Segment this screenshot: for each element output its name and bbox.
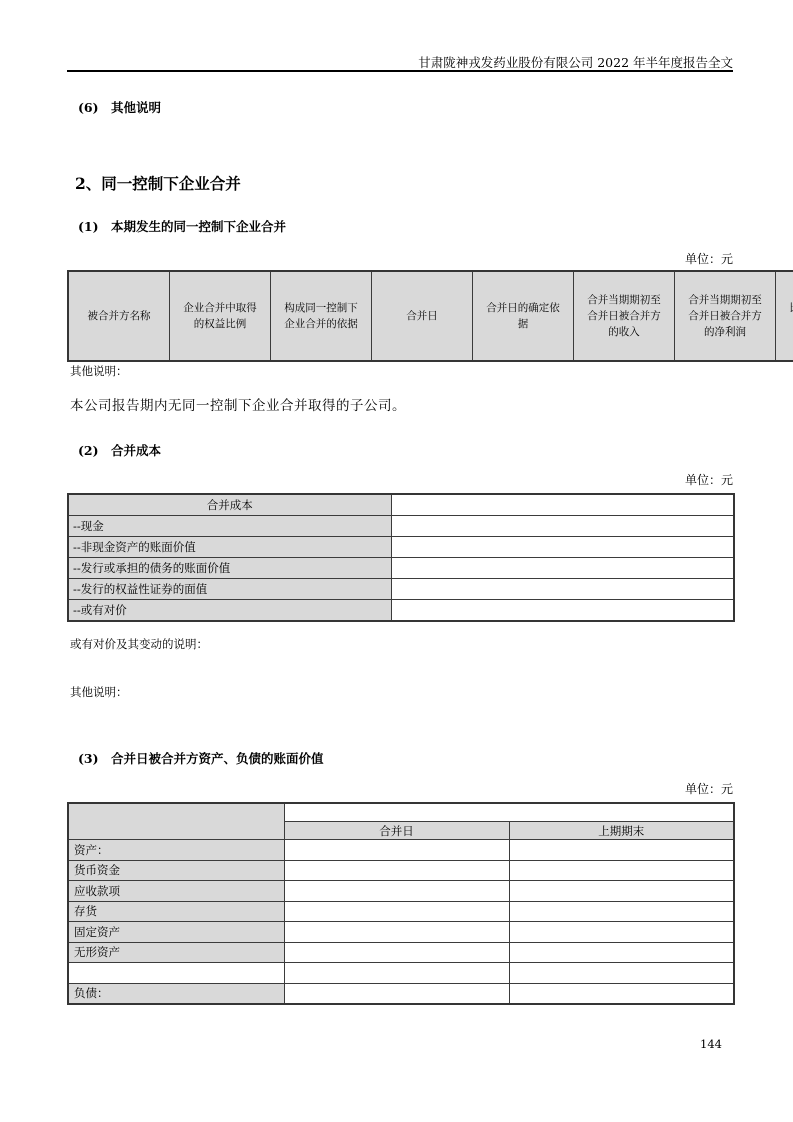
book-value-row: 应收款项: [68, 881, 734, 902]
merger-header-cell: 构成同一控制下企业合并的依据: [271, 271, 372, 361]
heading-book-value: (3) 合并日被合并方资产、负债的账面价值: [78, 749, 324, 767]
book-value-col-header: 合并日: [284, 822, 509, 840]
other-note-label: 其他说明：: [70, 363, 128, 379]
heading-other-notes-6: (6) 其他说明: [78, 98, 161, 116]
book-value-row: 存货: [68, 901, 734, 922]
page-header-title: 甘肃陇神戎发药业股份有限公司 2022 年半年度报告全文: [67, 53, 733, 71]
book-value-row-label: 存货: [68, 901, 284, 922]
book-value-row: 无形资产: [68, 942, 734, 963]
book-value-cell: [284, 963, 509, 984]
book-value-row-label: 资产：: [68, 840, 284, 861]
page-number: 144: [700, 1037, 722, 1051]
book-value-row-label: 负债：: [68, 983, 284, 1004]
book-value-table: 合并日 上期期末 资产： 货币资金 应收款项 存货 固定资产: [67, 802, 735, 1005]
book-value-cell: [509, 942, 734, 963]
cost-value-cell: [391, 516, 734, 537]
book-value-cell: [284, 881, 509, 902]
book-value-row: 货币资金: [68, 860, 734, 881]
cost-value-cell: [391, 600, 734, 622]
cost-row-label: --发行或承担的债务的账面价值: [68, 558, 391, 579]
book-value-row: 固定资产: [68, 922, 734, 943]
book-value-cell: [284, 942, 509, 963]
cost-table-row: --现金: [68, 516, 734, 537]
heading-current-period-combination: (1) 本期发生的同一控制下企业合并: [78, 217, 286, 235]
book-value-cell: [509, 860, 734, 881]
book-value-row: [68, 963, 734, 984]
book-value-corner-cell: [68, 803, 284, 840]
cost-value-cell: [391, 558, 734, 579]
merger-header-cell: 比较期间被合并方的收入: [776, 271, 793, 361]
book-value-row-label: 固定资产: [68, 922, 284, 943]
merger-header-cell: 企业合并中取得的权益比例: [170, 271, 271, 361]
book-value-col-header: 上期期末: [509, 822, 734, 840]
book-value-row: 资产：: [68, 840, 734, 861]
book-value-cell: [509, 983, 734, 1004]
book-value-cell: [284, 840, 509, 861]
cost-table-row: --发行的权益性证券的面值: [68, 579, 734, 600]
cost-table-header-row: 合并成本: [68, 494, 734, 516]
cost-row-label: --发行的权益性证券的面值: [68, 579, 391, 600]
other-note-label: 其他说明：: [70, 684, 128, 700]
cost-table-row: --发行或承担的债务的账面价值: [68, 558, 734, 579]
book-value-cell: [509, 922, 734, 943]
book-value-cell: [284, 983, 509, 1004]
header-rule: [67, 70, 733, 72]
merger-header-cell: 被合并方名称: [68, 271, 170, 361]
cost-value-cell: [391, 579, 734, 600]
cost-row-label: --或有对价: [68, 600, 391, 622]
book-value-cell: [509, 963, 734, 984]
heading-same-control-combination: 2、同一控制下企业合并: [75, 172, 241, 194]
book-value-spanner-cell: [284, 803, 734, 822]
book-value-cell: [509, 901, 734, 922]
cost-row-label: --非现金资产的账面价值: [68, 537, 391, 558]
merger-header-cell: 合并当期期初至合并日被合并方的净利润: [675, 271, 776, 361]
cost-table-row: --非现金资产的账面价值: [68, 537, 734, 558]
cost-table: 合并成本 --现金 --非现金资产的账面价值 --发行或承担的债务的账面价值 -…: [67, 493, 735, 622]
unit-label: 单位：元: [67, 471, 733, 488]
merger-header-cell: 合并当期期初至合并日被合并方的收入: [574, 271, 675, 361]
book-value-cell: [284, 922, 509, 943]
book-value-top-row: [68, 803, 734, 822]
book-value-cell: [284, 860, 509, 881]
heading-combination-cost: (2) 合并成本: [78, 441, 161, 459]
merger-table: 被合并方名称 企业合并中取得的权益比例 构成同一控制下企业合并的依据 合并日 合…: [67, 270, 793, 362]
book-value-cell: [509, 881, 734, 902]
book-value-row-label: 应收款项: [68, 881, 284, 902]
book-value-row: 负债：: [68, 983, 734, 1004]
cost-row-label: --现金: [68, 516, 391, 537]
cost-value-cell: [391, 494, 734, 516]
merger-header-cell: 合并日的确定依据: [473, 271, 574, 361]
cost-table-header-cell: 合并成本: [68, 494, 391, 516]
unit-label: 单位：元: [67, 780, 733, 797]
cost-value-cell: [391, 537, 734, 558]
book-value-row-label: 无形资产: [68, 942, 284, 963]
report-page: 甘肃陇神戎发药业股份有限公司 2022 年半年度报告全文 (6) 其他说明 2、…: [0, 0, 793, 1122]
merger-header-cell: 合并日: [372, 271, 473, 361]
book-value-row-label: 货币资金: [68, 860, 284, 881]
contingent-consideration-note: 或有对价及其变动的说明：: [70, 636, 208, 652]
unit-label: 单位：元: [67, 250, 733, 267]
no-combination-statement: 本公司报告期内无同一控制下企业合并取得的子公司。: [70, 394, 406, 414]
cost-table-row: --或有对价: [68, 600, 734, 622]
book-value-row-label: [68, 963, 284, 984]
book-value-cell: [509, 840, 734, 861]
merger-table-header-row: 被合并方名称 企业合并中取得的权益比例 构成同一控制下企业合并的依据 合并日 合…: [68, 271, 793, 361]
book-value-cell: [284, 901, 509, 922]
